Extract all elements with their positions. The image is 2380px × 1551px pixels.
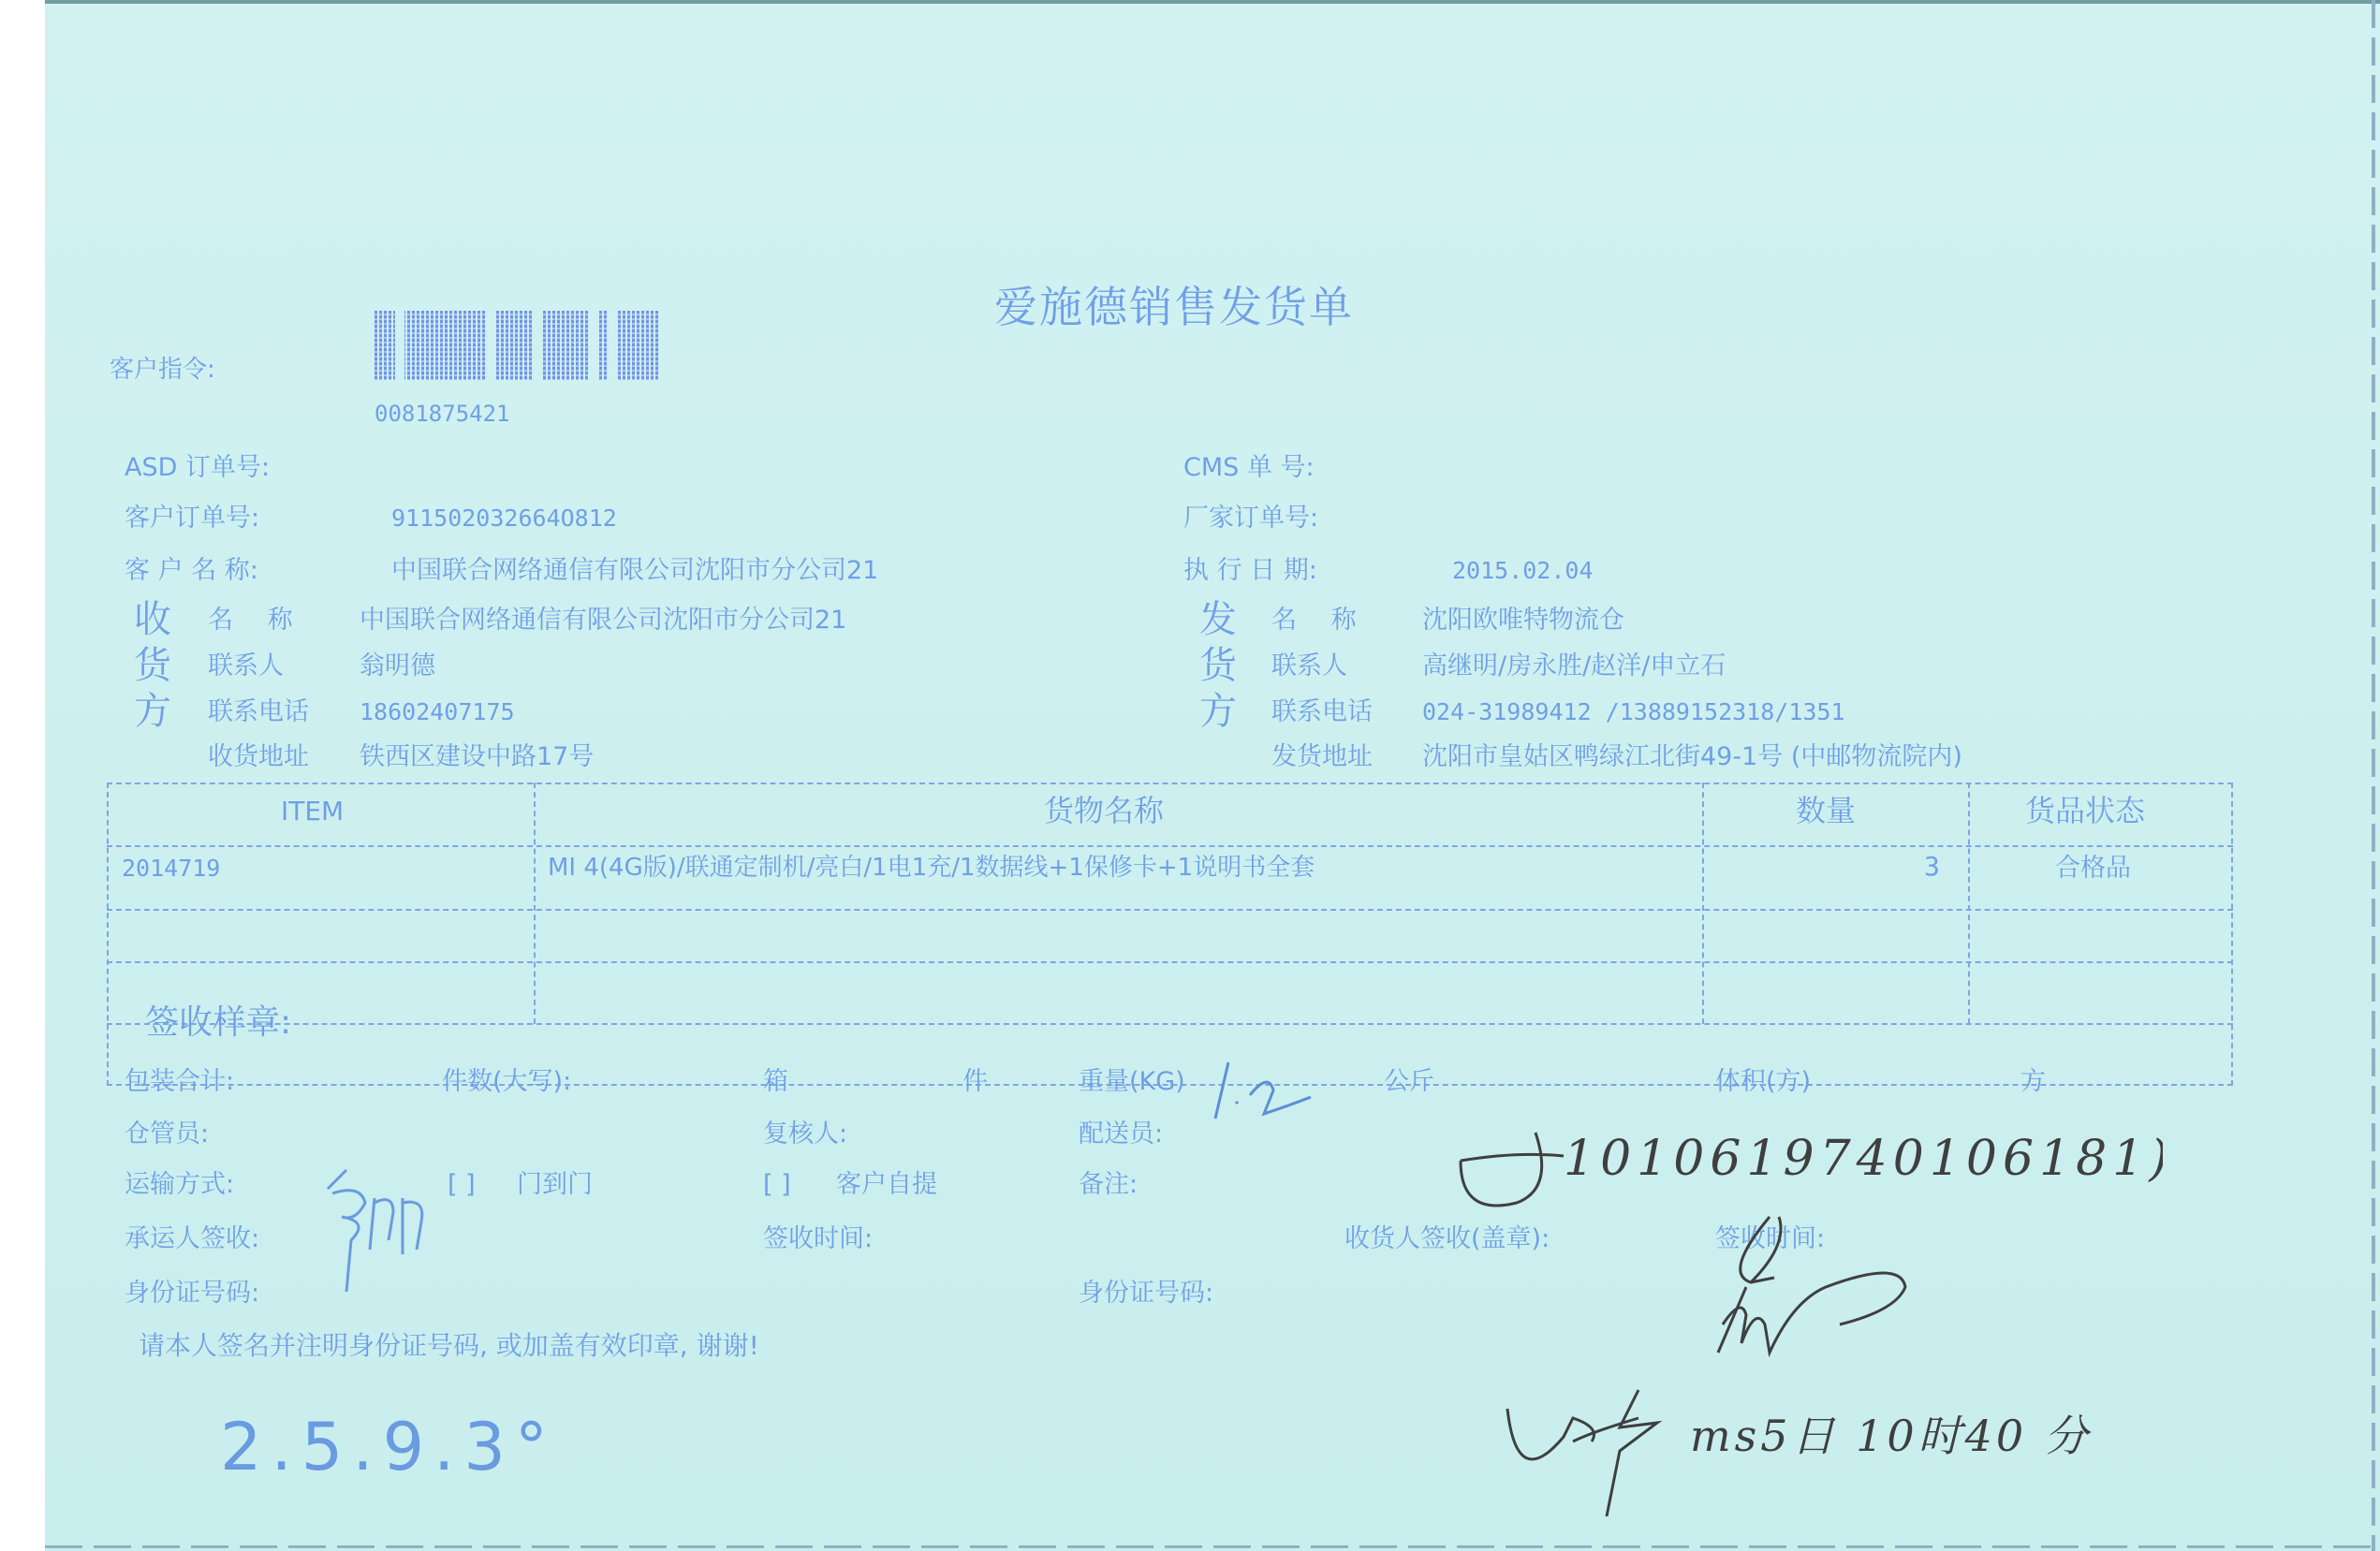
self-pickup-checkbox[interactable]: [ ] bbox=[763, 1172, 791, 1197]
table-header-quantity: 数量 bbox=[1796, 796, 1856, 826]
customer-order-label: 客户订单号: bbox=[125, 505, 259, 531]
delivery-note-paper bbox=[45, 0, 2380, 1551]
customer-name-value: 中国联合网络通信有限公司沈阳市分公司21 bbox=[391, 558, 878, 583]
table-cell-item: 2014719 bbox=[122, 856, 220, 880]
cms-order-label: CMS 单 号: bbox=[1183, 455, 1315, 480]
piece-label: 件 bbox=[962, 1069, 988, 1094]
consignee-sign-time-label: 签收时间: bbox=[1715, 1226, 1825, 1251]
sign-time-label: 签收时间: bbox=[763, 1226, 873, 1251]
factory-order-label: 厂家订单号: bbox=[1183, 505, 1318, 531]
receiver-address-label: 收货地址 bbox=[208, 744, 309, 769]
receiver-address-value: 铁西区建设中路17号 bbox=[360, 744, 594, 769]
shipper-name-value: 沈阳欧唯特物流仓 bbox=[1422, 607, 1624, 633]
id-number-label-right: 身份证号码: bbox=[1079, 1280, 1213, 1306]
signature-notice: 请本人签名并注明身份证号码, 或加盖有效印章, 谢谢! bbox=[139, 1333, 759, 1359]
receiver-name-label: 名 称 bbox=[208, 607, 306, 633]
shipper-contact-value: 高继明/房永胜/赵洋/申立石 bbox=[1422, 653, 1726, 679]
volume-unit: 方 bbox=[2020, 1069, 2046, 1094]
document-title: 爱施德销售发货单 bbox=[994, 285, 1354, 329]
door-to-door-checkbox[interactable]: [ ] bbox=[448, 1172, 476, 1197]
shipper-address-label: 发货地址 bbox=[1271, 744, 1373, 769]
id-number-label-left: 身份证号码: bbox=[125, 1280, 259, 1306]
pieces-label: 件数(大写): bbox=[442, 1069, 571, 1094]
table-row-divider bbox=[107, 1023, 2233, 1025]
perforation-right bbox=[2372, 0, 2375, 1551]
table-header-divider bbox=[107, 845, 2233, 847]
table-col-divider bbox=[1968, 783, 1970, 1024]
receiver-side-char-3: 方 bbox=[134, 693, 171, 730]
shipper-address-value: 沈阳市皇姑区鸭绿江北街49-1号 (中邮物流院内) bbox=[1422, 744, 1962, 769]
receiver-contact-label: 联系人 bbox=[208, 653, 284, 679]
table-header-status: 货品状态 bbox=[2025, 796, 2145, 826]
table-row-divider bbox=[107, 909, 2233, 911]
receiver-name-value: 中国联合网络通信有限公司沈阳市分公司21 bbox=[360, 607, 846, 633]
warehouse-keeper-label: 仓管员: bbox=[125, 1121, 209, 1147]
consignee-sign-label: 收货人签收(盖章): bbox=[1344, 1226, 1550, 1251]
shipper-side-char-1: 发 bbox=[1199, 601, 1237, 638]
package-total-label: 包装合计: bbox=[125, 1069, 234, 1094]
asd-order-label: ASD 订单号: bbox=[125, 455, 270, 480]
perforation-bottom bbox=[45, 1545, 2380, 1548]
execution-date-value: 2015.02.04 bbox=[1452, 559, 1594, 582]
shipper-phone-label: 联系电话 bbox=[1271, 699, 1373, 724]
paper-top-edge bbox=[45, 0, 2380, 4]
weight-unit: 公斤 bbox=[1384, 1069, 1434, 1094]
transport-label: 运输方式: bbox=[125, 1172, 234, 1197]
shipper-side-char-2: 货 bbox=[1199, 647, 1237, 684]
deliverer-label: 配送员: bbox=[1079, 1121, 1163, 1147]
execution-date-label: 执 行 日 期: bbox=[1183, 558, 1317, 583]
customer-instruction-label: 客户指令: bbox=[110, 358, 215, 382]
barcode-icon bbox=[375, 311, 660, 380]
table-row-divider bbox=[107, 961, 2233, 963]
receiver-side-char-1: 收 bbox=[134, 601, 171, 638]
door-to-door-label: 门到门 bbox=[517, 1172, 593, 1197]
shipper-phone-value: 024-31989412 /13889152318/1351 bbox=[1422, 700, 1845, 724]
table-header-goods-name: 货物名称 bbox=[1044, 796, 1164, 826]
receiver-contact-value: 翁明德 bbox=[360, 653, 435, 679]
shipper-side-char-3: 方 bbox=[1199, 693, 1237, 730]
table-cell-quantity: 3 bbox=[1924, 854, 1940, 880]
remarks-label: 备注: bbox=[1079, 1172, 1138, 1197]
table-col-divider bbox=[1702, 783, 1704, 1024]
receiver-phone-value: 18602407175 bbox=[360, 700, 515, 724]
box-label: 箱 bbox=[763, 1069, 788, 1094]
table-header-item: ITEM bbox=[281, 798, 344, 825]
reviewer-label: 复核人: bbox=[763, 1121, 847, 1147]
customer-order-value: 911502032664O812 bbox=[391, 506, 617, 530]
volume-label: 体积(方) bbox=[1715, 1069, 1811, 1094]
barcode-number: 0081875421 bbox=[375, 402, 510, 425]
table-cell-goods-name: MI 4(4G版)/联通定制机/亮白/1电1充/1数据线+1保修卡+1说明书全套 bbox=[548, 856, 1315, 880]
carrier-sign-label: 承运人签收: bbox=[125, 1226, 259, 1251]
goods-table bbox=[107, 783, 2233, 1086]
receiver-side-char-2: 货 bbox=[134, 647, 171, 684]
weight-label: 重量(KG) bbox=[1079, 1069, 1185, 1094]
self-pickup-label: 客户自提 bbox=[836, 1172, 937, 1197]
table-cell-status: 合格品 bbox=[2055, 856, 2131, 881]
receiver-phone-label: 联系电话 bbox=[208, 699, 309, 724]
shipper-contact-label: 联系人 bbox=[1271, 653, 1347, 679]
shipper-name-label: 名 称 bbox=[1271, 607, 1370, 633]
sign-sample-label: 签收样章: bbox=[145, 1006, 291, 1040]
table-col-divider bbox=[534, 783, 536, 1024]
customer-name-label: 客 户 名 称: bbox=[125, 558, 258, 583]
